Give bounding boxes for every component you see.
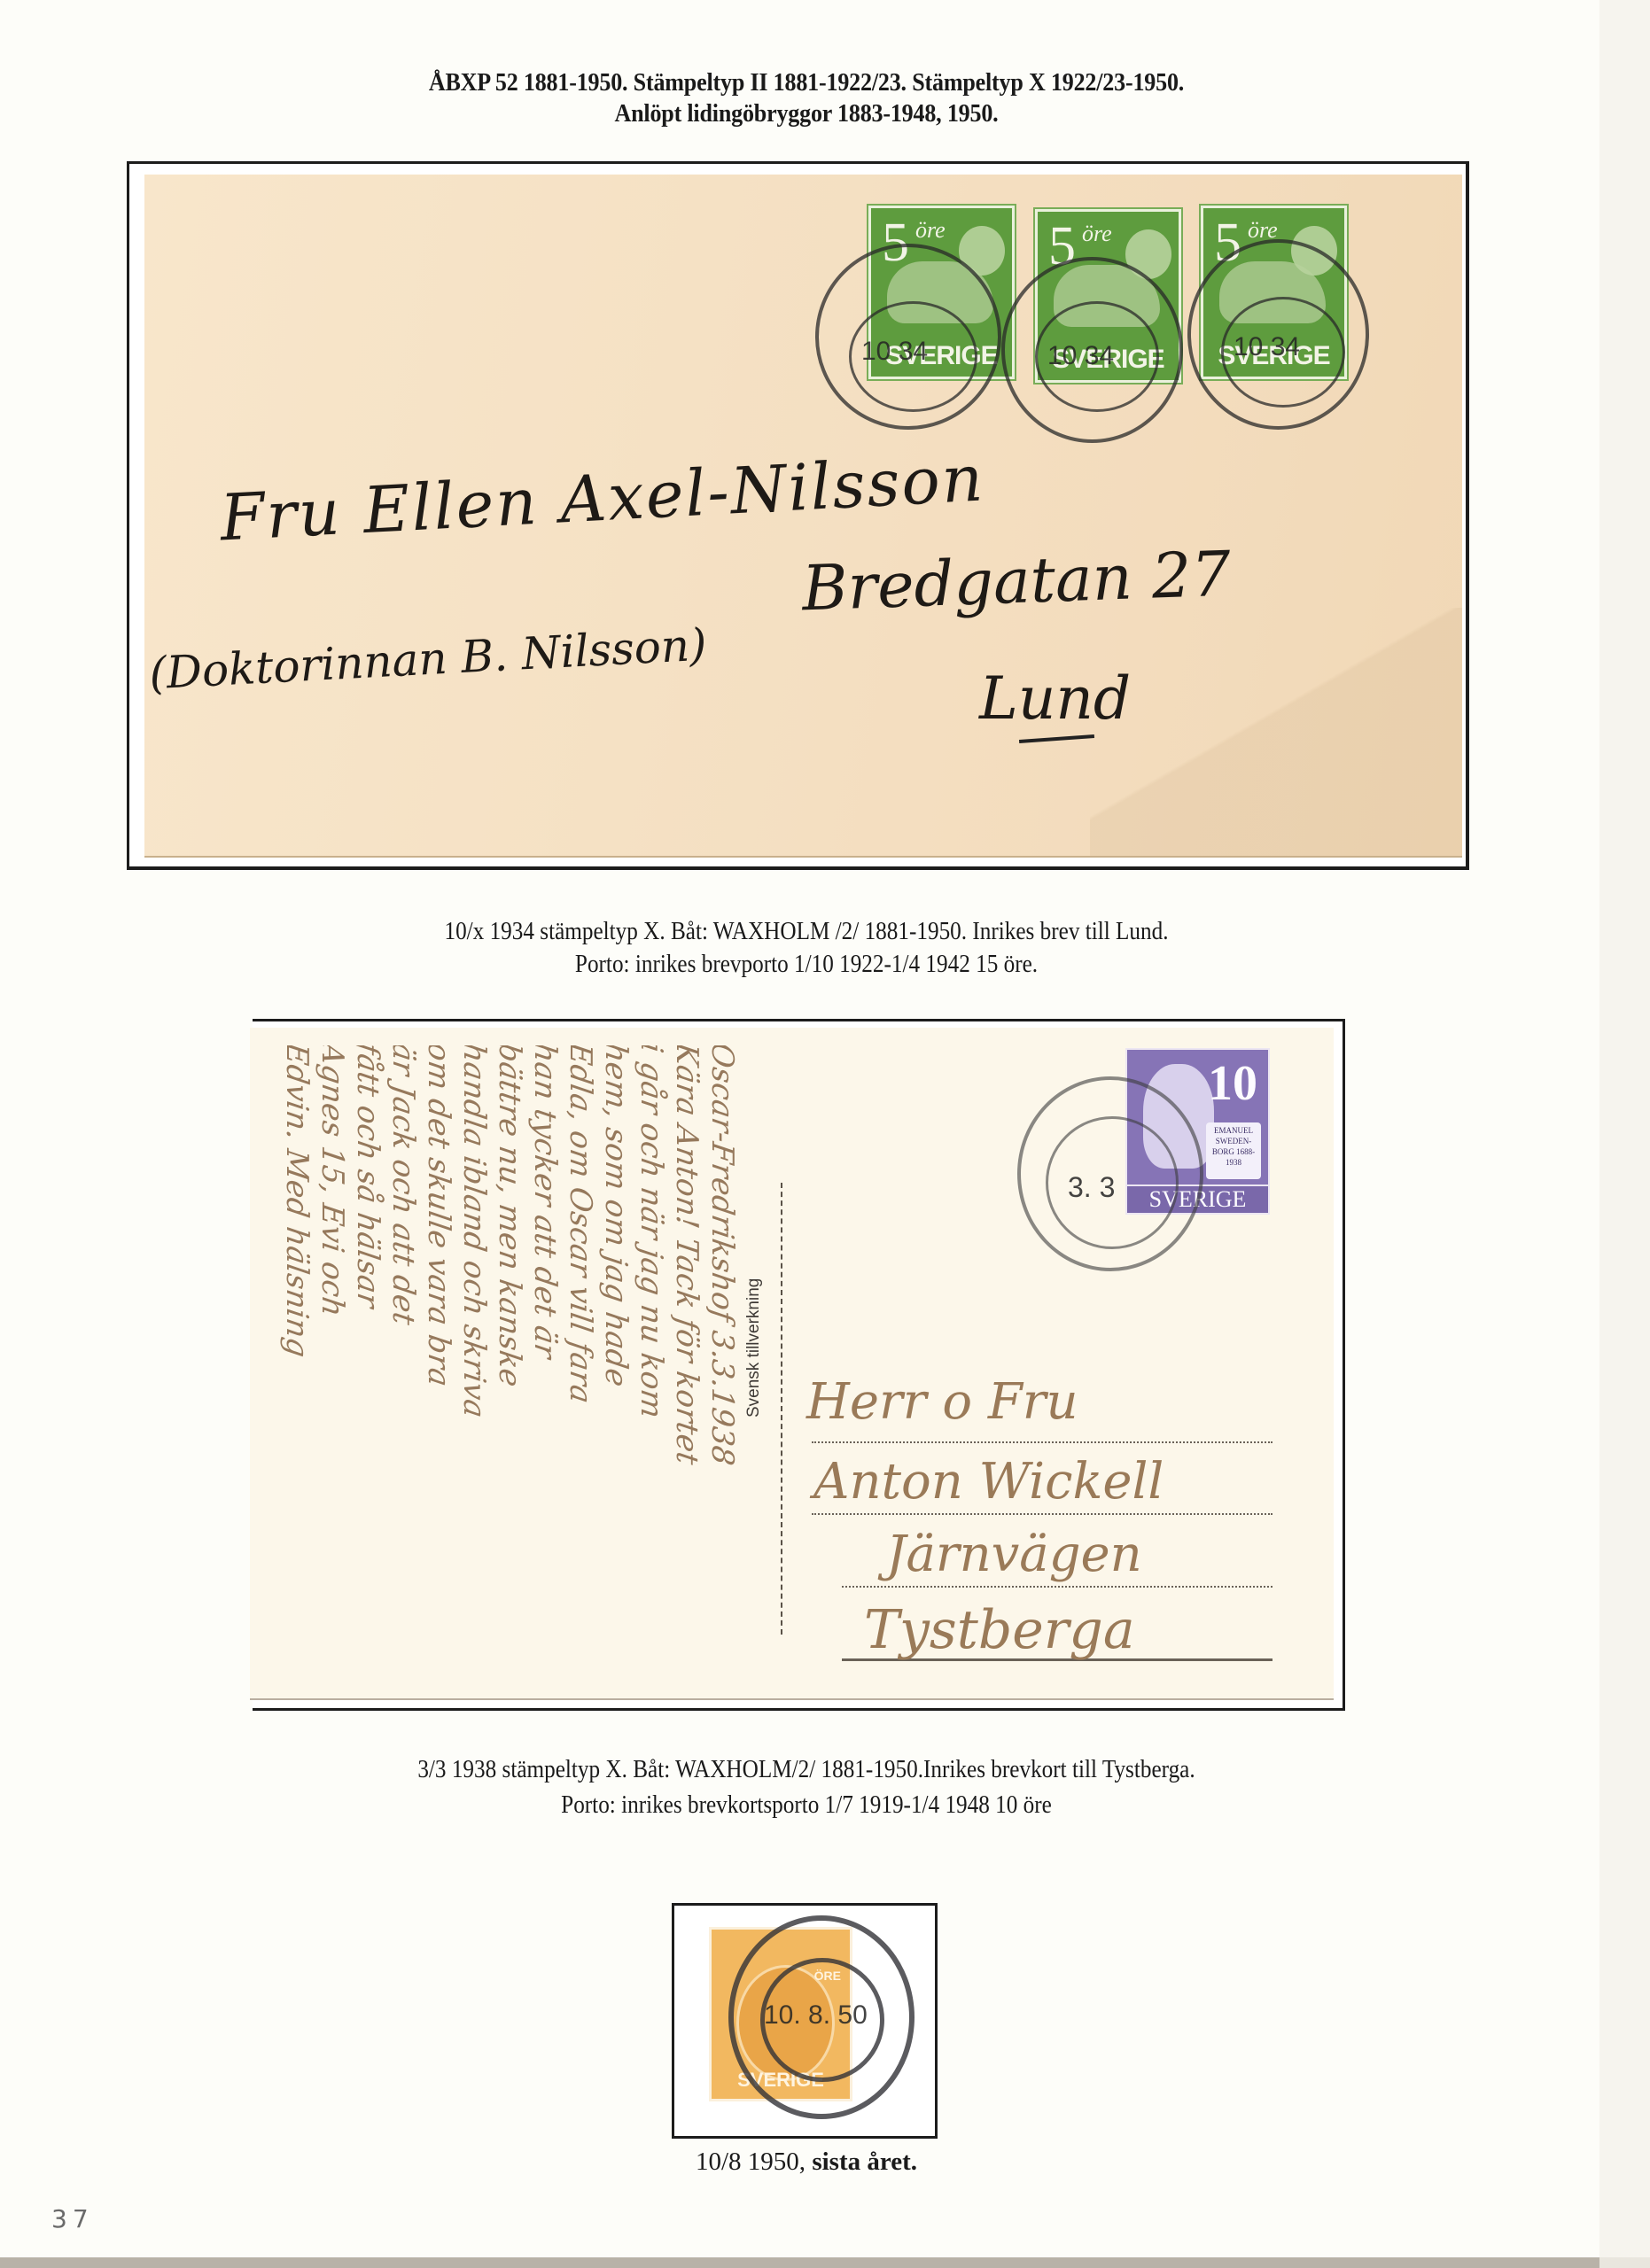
postmark-date: 10 34 — [1234, 332, 1300, 362]
address-city: Lund — [979, 664, 1131, 733]
address-dotted-line — [842, 1586, 1273, 1588]
postmark-date: 10 34 — [861, 337, 928, 367]
single-stamp-caption: 10/8 1950, sista året. — [0, 2148, 1613, 2177]
address-salutation: Herr o Fru — [806, 1373, 1078, 1431]
message-line: om det skulle vara bra — [421, 1045, 456, 1389]
postcard-divider — [781, 1183, 782, 1635]
message-line: bättre nu, men kanske — [492, 1045, 527, 1389]
postmark-date: 10 34 — [1047, 341, 1114, 371]
envelope-caption-line2: Porto: inrikes brevporto 1/10 1922-1/4 1… — [81, 951, 1532, 979]
page-title: ÅBXP 52 1881-1950. Stämpeltyp II 1881-19… — [57, 69, 1557, 97]
message-line: Edla, om Oscar vill fara — [563, 1045, 598, 1406]
message-line: Oscar-Fredrikshof 3.3.1938 — [704, 1045, 740, 1467]
page-number: 37 — [51, 2204, 94, 2233]
page-edge — [1599, 0, 1650, 2268]
caption-date: 10/8 1950, — [696, 2148, 806, 2176]
message-line: Agnes 15, Evi och — [315, 1045, 350, 1319]
address-street: Bredgatan 27 — [801, 538, 1233, 625]
stamp-label: EMANUEL SWEDEN-BORG 1688-1938 — [1206, 1122, 1261, 1179]
postcard-caption-line2: Porto: inrikes brevkortsporto 1/7 1919-1… — [81, 1791, 1532, 1820]
page-subtitle: Anlöpt lidingöbryggor 1883-1948, 1950. — [57, 100, 1557, 128]
message-line: handla ibland och skriva — [456, 1045, 492, 1420]
stamp-unit: öre — [1082, 221, 1112, 247]
stamp-value: 10 — [1208, 1055, 1257, 1112]
postcard-message: Oscar-Fredrikshof 3.3.1938Kära Anton! Ta… — [266, 1045, 744, 1683]
scan-edge — [0, 2257, 1650, 2268]
address-recipient: Anton Wickell — [813, 1453, 1164, 1511]
postmark-date: 10. 8. 50 — [764, 2000, 868, 2031]
postcard-caption-line1: 3/3 1938 stämpeltyp X. Båt: WAXHOLM/2/ 1… — [81, 1756, 1532, 1784]
envelope-caption-line1: 10/x 1934 stämpeltyp X. Båt: WAXHOLM /2/… — [81, 918, 1532, 946]
message-line: Edvin. Med hälsning — [279, 1045, 315, 1360]
stamp-unit: öre — [915, 217, 946, 244]
address-street: Järnvägen — [886, 1526, 1142, 1583]
message-line: hem, som om jag hade — [598, 1045, 634, 1389]
message-line: i går och när jag nu kom — [634, 1045, 669, 1421]
message-line: är Jack och att det — [385, 1045, 421, 1327]
postcard-imprint: Svensk tillverkning — [744, 1278, 764, 1417]
message-line: fått och så hälsar — [350, 1045, 385, 1310]
address-dotted-line — [812, 1441, 1273, 1443]
scan-edge — [1599, 2257, 1650, 2268]
postmark-date: 3. 3 — [1068, 1171, 1115, 1204]
address-city: Tystberga — [864, 1599, 1135, 1661]
message-line: Kära Anton! Tack för kortet — [669, 1045, 704, 1467]
address-dotted-line — [812, 1513, 1273, 1515]
envelope-shadow — [1090, 608, 1462, 856]
message-line: han tycker att det är — [527, 1045, 563, 1361]
caption-note: sista året. — [812, 2148, 917, 2176]
